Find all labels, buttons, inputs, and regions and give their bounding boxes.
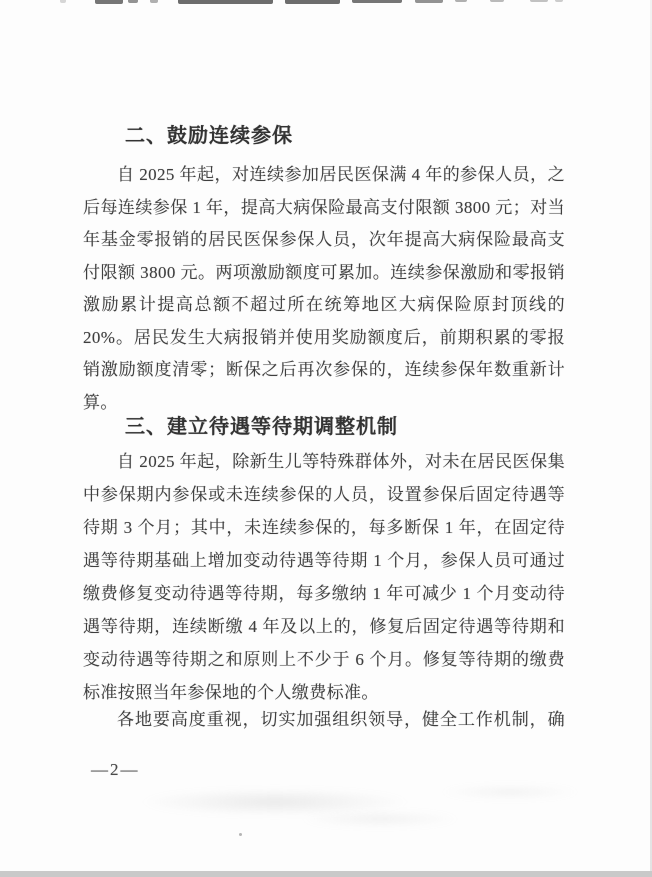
glyph-fragment: [530, 0, 548, 2]
ink-speck: [239, 833, 242, 836]
text-line: 中参保期内参保或未连续参保的人员，设置参保后固定待遇等: [83, 478, 565, 511]
glyph-fragment: [128, 0, 138, 3]
glyph-fragment: [455, 0, 467, 2]
scanned-document-page: 二、鼓励连续参保 自 2025 年起，对连续参加居民医保满 4 年的参保人员，之…: [0, 0, 652, 877]
scan-artifact-top: [0, 0, 652, 7]
glyph-fragment: [178, 0, 273, 4]
glyph-fragment: [555, 0, 563, 2]
text-line: 遇等待期基础上增加变动待遇等待期 1 个月，参保人员可通过: [83, 544, 565, 577]
text-line: 缴费修复变动待遇等待期，每多缴纳 1 年可减少 1 个月变动待: [83, 577, 565, 610]
text-line: 20%。居民发生大病报销并使用奖励额度后，前期积累的零报: [83, 322, 565, 355]
scan-edge-bottom: [0, 871, 652, 877]
paragraph-encourage: 自 2025 年起，对连续参加居民医保满 4 年的参保人员，之 后每连续参保 1…: [83, 159, 565, 419]
text-line: 后每连续参保 1 年，提高大病保险最高支付限额 3800 元；对当: [83, 192, 565, 225]
paragraph-waiting-period: 自 2025 年起，除新生儿等特殊群体外，对未在居民医保集 中参保期内参保或未连…: [83, 445, 565, 709]
section-heading-encourage: 二、鼓励连续参保: [83, 120, 565, 153]
text-line: 遇等待期，连续断缴 4 年及以上的，修复后固定待遇等待期和: [83, 610, 565, 643]
section-heading-waiting-period: 三、建立待遇等待期调整机制: [83, 411, 565, 444]
glyph-fragment: [285, 0, 340, 4]
glyph-fragment: [150, 0, 158, 3]
text-line: 各地要高度重视，切实加强组织领导，健全工作机制，确: [83, 704, 565, 737]
text-line: 年基金零报销的居民医保参保人员，次年提高大病保险最高支: [83, 224, 565, 257]
text-line: 销激励额度清零；断保之后再次参保的，连续参保年数重新计: [83, 354, 565, 387]
text-line: 付限额 3800 元。两项激励额度可累加。连续参保激励和零报销: [83, 257, 565, 290]
glyph-fragment: [490, 0, 504, 2]
glyph-fragment: [95, 0, 123, 4]
bleed-through-smudge: [300, 810, 460, 828]
text-line: 自 2025 年起，对连续参加居民医保满 4 年的参保人员，之: [83, 159, 565, 192]
page-number: —2—: [91, 760, 140, 780]
glyph-fragment: [415, 0, 443, 3]
text-line: 自 2025 年起，除新生儿等特殊群体外，对未在居民医保集: [83, 445, 565, 478]
paragraph-closing: 各地要高度重视，切实加强组织领导，健全工作机制，确: [83, 704, 565, 737]
glyph-fragment: [352, 0, 402, 3]
bleed-through-smudge: [440, 784, 580, 800]
text-line: 变动待遇等待期之和原则上不少于 6 个月。修复等待期的缴费: [83, 643, 565, 676]
text-line: 待期 3 个月；其中，未连续参保的，每多断保 1 年，在固定待: [83, 511, 565, 544]
text-line: 激励累计提高总额不超过所在统筹地区大病保险原封顶线的: [83, 289, 565, 322]
glyph-fragment: [60, 0, 66, 3]
